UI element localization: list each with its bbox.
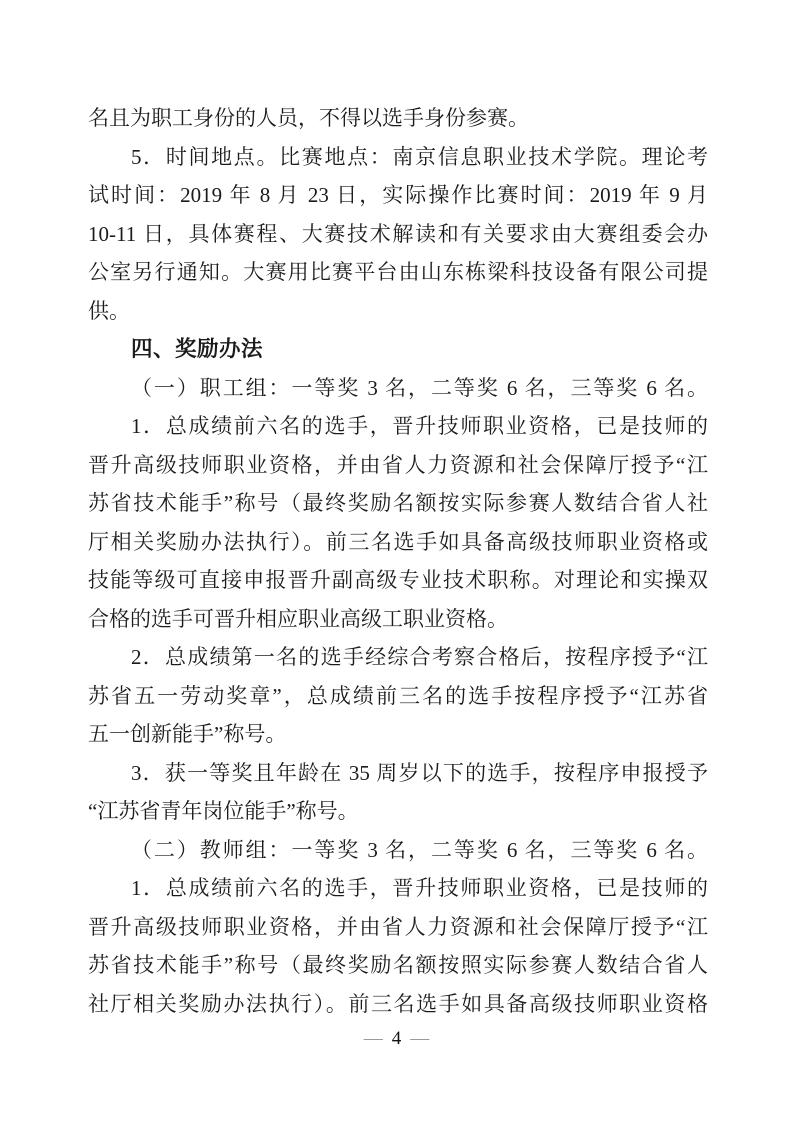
page-number: 4 (392, 1028, 402, 1049)
doc-line: （一）职工组：一等奖 3 名，二等奖 6 名，三等奖 6 名。 (88, 369, 708, 408)
doc-line: 技能等级可直接申报晋升副高级专业技术职称。对理论和实操双 (88, 561, 708, 600)
doc-line: 试时间：2019 年 8 月 23 日，实际操作比赛时间：2019 年 9 月 (88, 176, 708, 215)
doc-line: 名且为职工身份的人员，不得以选手身份参赛。 (88, 99, 708, 138)
doc-line: 3．获一等奖且年龄在 35 周岁以下的选手，按程序申报授予 (88, 754, 708, 793)
doc-line: 厅相关奖励办法执行）。前三名选手如具备高级技师职业资格或 (88, 523, 708, 562)
doc-line: 社厅相关奖励办法执行）。前三名选手如具备高级技师职业资格 (88, 985, 708, 1024)
doc-line: 1．总成绩前六名的选手，晋升技师职业资格，已是技师的 (88, 407, 708, 446)
doc-line: 10-11 日，具体赛程、大赛技术解读和有关要求由大赛组委会办 (88, 215, 708, 254)
section-heading: 四、奖励办法 (88, 330, 708, 369)
doc-line: 晋升高级技师职业资格，并由省人力资源和社会保障厅授予“江 (88, 446, 708, 485)
doc-line: 晋升高级技师职业资格，并由省人力资源和社会保障厅授予“江 (88, 908, 708, 947)
doc-line: “江苏省青年岗位能手”称号。 (88, 792, 708, 831)
doc-line: 2．总成绩第一名的选手经综合考察合格后，按程序授予“江 (88, 638, 708, 677)
footer-dash-right: — (410, 1028, 429, 1049)
doc-line: 苏省五一劳动奖章”，总成绩前三名的选手按程序授予“江苏省 (88, 677, 708, 716)
document-page: 名且为职工身份的人员，不得以选手身份参赛。 5．时间地点。比赛地点：南京信息职业… (0, 0, 793, 1122)
doc-line: 5．时间地点。比赛地点：南京信息职业技术学院。理论考 (88, 138, 708, 177)
document-body: 名且为职工身份的人员，不得以选手身份参赛。 5．时间地点。比赛地点：南京信息职业… (88, 99, 708, 1023)
doc-line: 公室另行通知。大赛用比赛平台由山东栋梁科技设备有限公司提 (88, 253, 708, 292)
doc-line: 五一创新能手”称号。 (88, 715, 708, 754)
doc-line: （二）教师组：一等奖 3 名，二等奖 6 名，三等奖 6 名。 (88, 831, 708, 870)
footer-dash-left: — (364, 1028, 383, 1049)
doc-line: 1．总成绩前六名的选手，晋升技师职业资格，已是技师的 (88, 869, 708, 908)
doc-line: 合格的选手可晋升相应职业高级工职业资格。 (88, 600, 708, 639)
doc-line: 苏省技术能手”称号（最终奖励名额按实际参赛人数结合省人社 (88, 484, 708, 523)
doc-line: 苏省技术能手”称号（最终奖励名额按照实际参赛人数结合省人 (88, 946, 708, 985)
doc-line: 供。 (88, 292, 708, 331)
page-footer: —4— (0, 1026, 793, 1052)
